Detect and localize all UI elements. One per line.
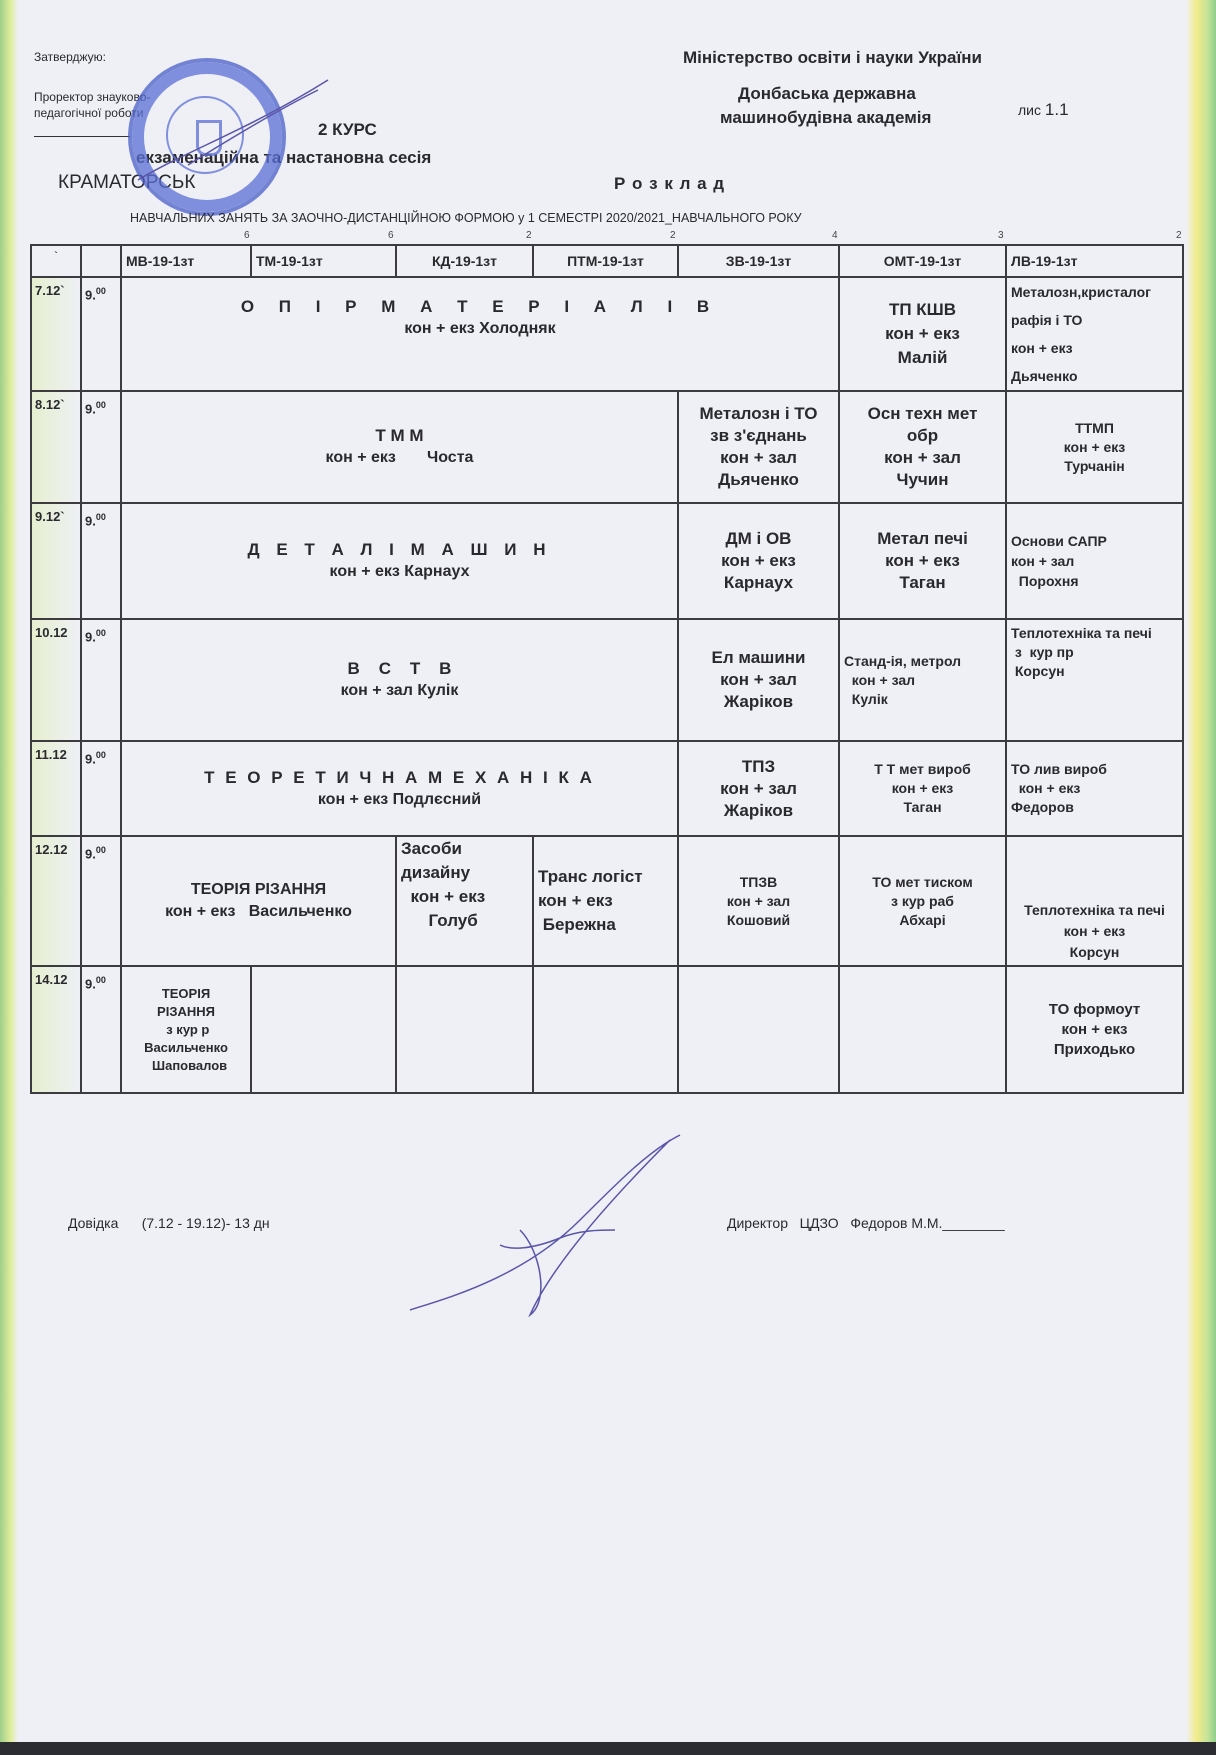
column-count: 3 (998, 230, 1004, 241)
lesson-cell: ТПЗ кон + зал Жаріков (678, 741, 839, 836)
teacher-name: Турчанін (1007, 457, 1182, 476)
time-hour: 9. (85, 751, 96, 766)
lesson-cell: Теплотехніка та печі кон + екз Корсун (1006, 836, 1183, 966)
lesson-details: кон + екз Васильченко (122, 901, 395, 923)
scan-edge-left (0, 0, 18, 1755)
lesson-type: кон + зал (679, 669, 838, 691)
lesson-cell: Металозн і ТО зв з'єднань кон + зал Дьяч… (678, 391, 839, 503)
subject-title-cont: обр (840, 425, 1005, 447)
lesson-type: кон + екз (679, 550, 838, 572)
time-minutes: 00 (96, 845, 106, 855)
lesson-cell: ТЕОРІЯ РІЗАННЯ кон + екз Васильченко (121, 836, 396, 966)
subject-title: ТПЗВ (679, 873, 838, 892)
subject-title: ТТМП (1007, 419, 1182, 438)
teacher-name: Порохня (1011, 571, 1182, 591)
date-cell: 14.12 (31, 966, 81, 1093)
lesson-cell: Транс логіст кон + екз Бережна (533, 836, 678, 966)
lesson-type: кон + екз (1007, 438, 1182, 457)
lesson-cell: Д Е Т А Л І М А Ш И Н кон + екз Карнаух (121, 503, 678, 619)
date-cell: 7.12` (31, 277, 81, 391)
time-hour: 9. (85, 976, 96, 991)
time-hour: 9. (85, 629, 96, 644)
lesson-cell: Т Т мет вироб кон + екз Таган (839, 741, 1006, 836)
scan-bottom-band (0, 1742, 1216, 1755)
subject-title-cont: дизайну (401, 861, 532, 885)
empty-cell (396, 966, 533, 1093)
date-cell: 9.12` (31, 503, 81, 619)
lesson-cell: Осн техн мет обр кон + зал Чучин (839, 391, 1006, 503)
lesson-cell: Засоби дизайну кон + екз Голуб (396, 836, 533, 966)
time-cell: 9.00 (81, 503, 121, 619)
teacher-name: Корсун (1007, 942, 1182, 963)
signature-line (34, 136, 130, 137)
ministry-label: Міністерство освіти і науки України (683, 48, 982, 68)
lesson-cell: Металозн,кристалог рафія і ТО кон + екз … (1006, 277, 1183, 391)
subject-title: Металозн,кристалог (1011, 278, 1182, 306)
time-cell: 9.00 (81, 391, 121, 503)
lesson-cell: Метал печі кон + екз Таган (839, 503, 1006, 619)
approve-label: Затверджую: (34, 50, 106, 64)
subject-title: Металозн і ТО (679, 403, 838, 425)
time-minutes: 00 (96, 628, 106, 638)
column-count: 6 (244, 230, 250, 241)
lesson-cell: Теплотехніка та печі з кур пр Корсун (1006, 619, 1183, 741)
sheet-value: 1.1 (1045, 100, 1069, 119)
teacher-name: Чучин (840, 469, 1005, 491)
teacher-name: Карнаух (679, 572, 838, 594)
lesson-type: з кур пр (1011, 643, 1182, 662)
date-cell: 11.12 (31, 741, 81, 836)
subject-title: Станд-ія, метрол (844, 652, 1005, 671)
time-minutes: 00 (96, 750, 106, 760)
teacher-name: Бережна (538, 913, 677, 937)
lesson-type: кон + зал (679, 892, 838, 911)
lesson-cell: ТП КШВ кон + екз Малій (839, 277, 1006, 391)
lesson-cell: Основи САПР кон + зал Порохня (1006, 503, 1183, 619)
lesson-type: кон + екз (1007, 1020, 1182, 1040)
lesson-type: кон + екз (401, 885, 532, 909)
director-signature-line: Директор ЦДЗО Федоров М.М.________ (727, 1215, 1005, 1231)
time-cell: 9.00 (81, 966, 121, 1093)
time-minutes: 00 (96, 400, 106, 410)
subject-title: ТП КШВ (840, 298, 1005, 322)
teacher-name: Федоров (1011, 798, 1182, 817)
table-row: 14.12 9.00 ТЕОРІЯ РІЗАННЯ з кур р Василь… (31, 966, 1183, 1093)
subject-title: ДМ і ОВ (679, 528, 838, 550)
time-cell: 9.00 (81, 619, 121, 741)
subject-title: Осн техн мет (840, 403, 1005, 425)
lesson-cell: ТО формоут кон + екз Приходько (1006, 966, 1183, 1093)
lesson-cell: ТТМП кон + екз Турчанін (1006, 391, 1183, 503)
lesson-type: з кур р (122, 1021, 250, 1039)
subject-title: Теплотехніка та печі (1011, 624, 1182, 643)
subject-title: ТО мет тиском (840, 873, 1005, 892)
subject-title: Основи САПР (1011, 531, 1182, 551)
lesson-type: кон + зал (844, 671, 1005, 690)
teacher-name: Приходько (1007, 1040, 1182, 1060)
subject-title: Транс логіст (538, 865, 677, 889)
duration-reference: Довідка (7.12 - 19.12)- 13 дн (68, 1215, 270, 1231)
table-row: 12.12 9.00 ТЕОРІЯ РІЗАННЯ кон + екз Васи… (31, 836, 1183, 966)
column-count: 2 (526, 230, 532, 241)
subject-title: Т Т мет вироб (840, 760, 1005, 779)
teacher-name: Васильченко (122, 1039, 250, 1057)
subject-title: Д Е Т А Л І М А Ш И Н (122, 539, 677, 561)
column-count: 2 (1176, 230, 1182, 241)
group-header: ОМТ-19-1зт (839, 245, 1006, 277)
lesson-type: кон + екз (840, 322, 1005, 346)
lesson-type: кон + екз (1007, 921, 1182, 942)
subject-title: ТПЗ (679, 756, 838, 778)
lesson-cell: Ел машини кон + зал Жаріков (678, 619, 839, 741)
schedule-title: Р о з к л а д (614, 174, 725, 194)
table-row: 7.12` 9.00 О П І Р М А Т Е Р І А Л І В к… (31, 277, 1183, 391)
lesson-cell: Станд-ія, метрол кон + зал Кулік (839, 619, 1006, 741)
time-header-cell (81, 245, 121, 277)
time-minutes: 00 (96, 512, 106, 522)
subject-title: ТЕОРІЯ (122, 985, 250, 1003)
academy-line-1: Донбаська державна (738, 84, 916, 104)
empty-cell (251, 966, 396, 1093)
subject-title: Ел машини (679, 647, 838, 669)
scan-edge-right (1186, 0, 1216, 1755)
time-cell: 9.00 (81, 741, 121, 836)
time-hour: 9. (85, 513, 96, 528)
subject-title: В С Т В (122, 658, 677, 680)
time-cell: 9.00 (81, 836, 121, 966)
table-row: 10.12 9.00 В С Т В кон + зал Кулік Ел ма… (31, 619, 1183, 741)
date-cell: 10.12 (31, 619, 81, 741)
teacher-name: Корсун (1011, 662, 1182, 681)
lesson-cell: Т Е О Р Е Т И Ч Н А М Е Х А Н І К А кон … (121, 741, 678, 836)
time-minutes: 00 (96, 286, 106, 296)
column-count: 4 (832, 230, 838, 241)
teacher-name-2: Шаповалов (122, 1057, 250, 1075)
sheet-label: лис (1018, 102, 1041, 118)
group-header: ЛВ-19-1зт (1006, 245, 1183, 277)
lesson-type: кон + зал (840, 447, 1005, 469)
teacher-name: Голуб (401, 909, 532, 933)
subject-title: Т Е О Р Е Т И Ч Н А М Е Х А Н І К А (122, 767, 677, 789)
table-row: 9.12` 9.00 Д Е Т А Л І М А Ш И Н кон + е… (31, 503, 1183, 619)
subject-title: Засоби (401, 837, 532, 861)
teacher-name: Таган (840, 572, 1005, 594)
lesson-type: кон + зал (679, 778, 838, 800)
lesson-details: кон + екз Холодняк (122, 318, 838, 340)
lesson-type: кон + екз (840, 550, 1005, 572)
prorector-signature-icon (128, 70, 348, 190)
lesson-type: кон + зал (1011, 551, 1182, 571)
lesson-details: кон + зал Кулік (122, 680, 677, 702)
subject-title: Теплотехніка та печі (1007, 900, 1182, 921)
teacher-name: Таган (840, 798, 1005, 817)
lesson-cell: ТО мет тиском з кур раб Абхарі (839, 836, 1006, 966)
lesson-cell: ДМ і ОВ кон + екз Карнаух (678, 503, 839, 619)
lesson-cell: О П І Р М А Т Е Р І А Л І В кон + екз Хо… (121, 277, 839, 391)
empty-cell (839, 966, 1006, 1093)
subject-title-cont: зв з'єднань (679, 425, 838, 447)
academy-line-2: машинобудівна академія (720, 108, 931, 128)
teacher-name: Кошовий (679, 911, 838, 930)
lesson-details: кон + екз Карнаух (122, 561, 677, 583)
group-header: ПТМ-19-1зт (533, 245, 678, 277)
teacher-name: Абхарі (840, 911, 1005, 930)
group-header: КД-19-1зт (396, 245, 533, 277)
lesson-cell: ТПЗВ кон + зал Кошовий (678, 836, 839, 966)
lesson-cell: ТЕОРІЯ РІЗАННЯ з кур р Васильченко Шапов… (121, 966, 251, 1093)
lesson-type: кон + зал (679, 447, 838, 469)
teacher-name: Малій (840, 346, 1005, 370)
lesson-type: кон + екз (840, 779, 1005, 798)
group-header: ЗВ-19-1зт (678, 245, 839, 277)
subject-title: ТО формоут (1007, 1000, 1182, 1020)
subject-title-cont: РІЗАННЯ (122, 1003, 250, 1021)
schedule-subtitle: НАВЧАЛЬНИХ ЗАНЯТЬ ЗА ЗАОЧНО-ДИСТАНЦІЙНОЮ… (130, 211, 802, 225)
date-cell: 12.12 (31, 836, 81, 966)
lesson-type: з кур раб (840, 892, 1005, 911)
teacher-name: Дьяченко (679, 469, 838, 491)
lesson-type: кон + екз (538, 889, 677, 913)
time-cell: 9.00 (81, 277, 121, 391)
director-signature-icon (400, 1130, 700, 1320)
lesson-details: кон + екз Чоста (122, 447, 677, 469)
column-count: 2 (670, 230, 676, 241)
sheet-number: лис 1.1 (1018, 100, 1069, 120)
time-minutes: 00 (96, 975, 106, 985)
empty-cell (678, 966, 839, 1093)
subject-title: Т М М (122, 425, 677, 447)
lesson-type: кон + екз (1011, 779, 1182, 798)
empty-cell (533, 966, 678, 1093)
lesson-cell: Т М М кон + екз Чоста (121, 391, 678, 503)
teacher-name: Дьяченко (1011, 362, 1182, 390)
subject-title: Метал печі (840, 528, 1005, 550)
lesson-cell: В С Т В кон + зал Кулік (121, 619, 678, 741)
time-hour: 9. (85, 846, 96, 861)
table-header-row: ` МВ-19-1зт ТМ-19-1зт КД-19-1зт ПТМ-19-1… (31, 245, 1183, 277)
date-cell: 8.12` (31, 391, 81, 503)
teacher-name: Кулік (844, 690, 1005, 709)
time-hour: 9. (85, 287, 96, 302)
table-row: 8.12` 9.00 Т М М кон + екз Чоста Металоз… (31, 391, 1183, 503)
teacher-name: Жаріков (679, 691, 838, 713)
subject-title: ТО лив вироб (1011, 760, 1182, 779)
group-header: ТМ-19-1зт (251, 245, 396, 277)
subject-title-cont: рафія і ТО (1011, 306, 1182, 334)
lesson-details: кон + екз Подлєсний (122, 789, 677, 811)
lesson-cell: ТО лив вироб кон + екз Федоров (1006, 741, 1183, 836)
lesson-type: кон + екз (1011, 334, 1182, 362)
teacher-name: Жаріков (679, 800, 838, 822)
time-hour: 9. (85, 401, 96, 416)
subject-title: О П І Р М А Т Е Р І А Л І В (122, 296, 838, 318)
corner-cell: ` (31, 245, 81, 277)
schedule-table: ` МВ-19-1зт ТМ-19-1зт КД-19-1зт ПТМ-19-1… (30, 244, 1184, 1094)
group-header: МВ-19-1зт (121, 245, 251, 277)
column-count: 6 (388, 230, 394, 241)
table-row: 11.12 9.00 Т Е О Р Е Т И Ч Н А М Е Х А Н… (31, 741, 1183, 836)
subject-title: ТЕОРІЯ РІЗАННЯ (122, 879, 395, 901)
